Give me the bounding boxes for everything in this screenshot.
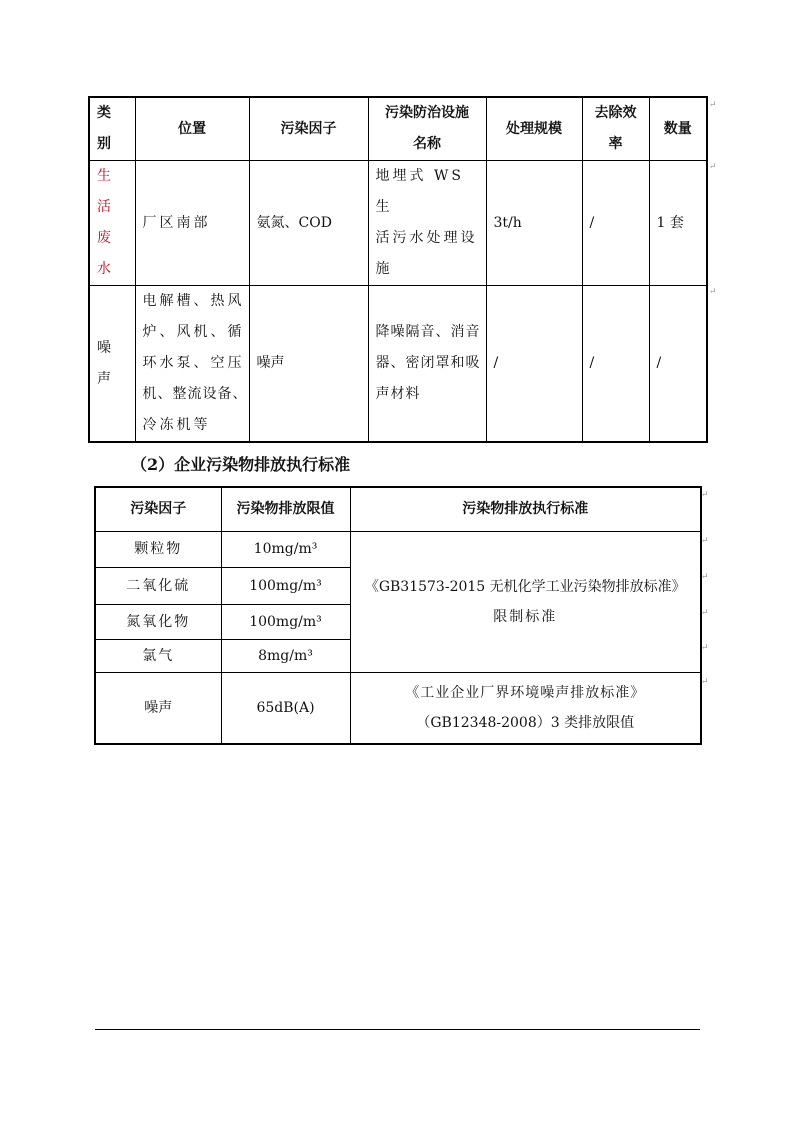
standard-line: 《工业企业厂界环境噪声排放标准》	[351, 678, 701, 708]
location-cell: 厂区南部	[135, 161, 249, 286]
category-char: 声	[97, 364, 135, 395]
standard-noise-cell: 《工业企业厂界环境噪声排放标准》 （GB12348-2008）3 类排放限值	[350, 672, 701, 744]
pollution-control-table: 类 别 位置 污染因子 污染防治设施 名称 处理规模 去除效 率 数量 生 活 …	[88, 96, 708, 443]
paragraph-mark-icon: ↵	[709, 287, 717, 297]
factor-cell: 氯气	[95, 639, 221, 672]
table-row: 噪声 65dB(A) 《工业企业厂界环境噪声排放标准》 （GB12348-200…	[95, 672, 701, 744]
paragraph-mark-icon: ↵	[701, 677, 709, 687]
paragraph-mark-icon: ↵	[701, 608, 709, 618]
facility-cell: 降噪隔音、消音 器、密闭罩和吸 声材料	[368, 286, 486, 443]
header-text: 名称	[369, 129, 486, 160]
header-text: 类	[97, 98, 135, 129]
factor-cell: 颗粒物	[95, 531, 221, 567]
header-factor: 污染因子	[249, 97, 368, 161]
table-row: 生 活 废 水 厂区南部 氨氮、COD 地埋式 WS 生 活污水处理设 施 3t…	[89, 161, 707, 286]
standard-line: （GB12348-2008）3 类排放限值	[351, 708, 701, 738]
facility-line: 声材料	[376, 379, 486, 410]
category-char: 废	[97, 223, 135, 254]
emission-standard-table: 污染因子 污染物排放限值 污染物排放执行标准 颗粒物 10mg/m³ 《GB31…	[94, 486, 702, 745]
limit-cell: 100mg/m³	[221, 604, 350, 639]
facility-line: 地埋式 WS 生	[376, 161, 486, 223]
facility-line: 活污水处理设	[376, 223, 486, 254]
document-page: 类 别 位置 污染因子 污染防治设施 名称 处理规模 去除效 率 数量 生 活 …	[0, 0, 793, 1122]
standard-line: 《GB31573-2015 无机化学工业污染物排放标准》	[351, 572, 701, 602]
location-line: 环水泵、空压	[143, 348, 249, 379]
header-text: 率	[583, 129, 649, 160]
header-quantity: 数量	[649, 97, 707, 161]
header-factor: 污染因子	[95, 487, 221, 531]
quantity-cell: /	[649, 286, 707, 443]
limit-cell: 65dB(A)	[221, 672, 350, 744]
standard-air-cell: 《GB31573-2015 无机化学工业污染物排放标准》 限制标准	[350, 531, 701, 672]
footer-rule	[95, 1029, 700, 1030]
location-cell: 电解槽、热风 炉、风机、循 环水泵、空压 机、整流设备、 冷冻机等	[135, 286, 249, 443]
limit-cell: 8mg/m³	[221, 639, 350, 672]
location-line: 冷冻机等	[143, 410, 249, 441]
paragraph-mark-icon: ↵	[701, 643, 709, 653]
limit-cell: 10mg/m³	[221, 531, 350, 567]
factor-cell: 噪声	[95, 672, 221, 744]
factor-cell: 二氧化硫	[95, 567, 221, 604]
header-standard: 污染物排放执行标准	[350, 487, 701, 531]
table-row: 噪 声 电解槽、热风 炉、风机、循 环水泵、空压 机、整流设备、 冷冻机等 噪声…	[89, 286, 707, 443]
paragraph-mark-icon: ↵	[701, 572, 709, 582]
efficiency-cell: /	[582, 161, 649, 286]
table-row: 颗粒物 10mg/m³ 《GB31573-2015 无机化学工业污染物排放标准》…	[95, 531, 701, 567]
category-char: 噪	[97, 333, 135, 364]
location-line: 炉、风机、循	[143, 317, 249, 348]
header-limit: 污染物排放限值	[221, 487, 350, 531]
section-heading: （2）企业污染物排放执行标准	[131, 452, 350, 475]
category-char: 生	[97, 161, 135, 192]
header-category: 类 别	[89, 97, 135, 161]
table-header-row: 污染因子 污染物排放限值 污染物排放执行标准	[95, 487, 701, 531]
limit-cell: 100mg/m³	[221, 567, 350, 604]
header-text: 别	[97, 129, 135, 160]
factor-cell: 氨氮、COD	[249, 161, 368, 286]
standard-line: 限制标准	[351, 602, 701, 632]
category-cell: 噪 声	[89, 286, 135, 443]
paragraph-mark-icon: ↵	[709, 162, 717, 172]
category-char: 水	[97, 254, 135, 285]
header-text: 去除效	[583, 98, 649, 129]
location-line: 机、整流设备、	[143, 379, 249, 410]
header-location: 位置	[135, 97, 249, 161]
facility-line: 器、密闭罩和吸	[376, 348, 486, 379]
header-efficiency: 去除效 率	[582, 97, 649, 161]
efficiency-cell: /	[582, 286, 649, 443]
facility-line: 降噪隔音、消音	[376, 317, 486, 348]
scale-cell: 3t/h	[486, 161, 582, 286]
facility-cell: 地埋式 WS 生 活污水处理设 施	[368, 161, 486, 286]
category-char: 活	[97, 192, 135, 223]
header-text: 污染防治设施	[369, 98, 486, 129]
category-cell: 生 活 废 水	[89, 161, 135, 286]
quantity-cell: 1 套	[649, 161, 707, 286]
paragraph-mark-icon: ↵	[701, 536, 709, 546]
scale-cell: /	[486, 286, 582, 443]
factor-cell: 噪声	[249, 286, 368, 443]
paragraph-mark-icon: ↵	[701, 490, 709, 500]
table-header-row: 类 别 位置 污染因子 污染防治设施 名称 处理规模 去除效 率 数量	[89, 97, 707, 161]
factor-cell: 氮氧化物	[95, 604, 221, 639]
header-scale: 处理规模	[486, 97, 582, 161]
header-facility: 污染防治设施 名称	[368, 97, 486, 161]
facility-line: 施	[376, 254, 486, 285]
location-line: 电解槽、热风	[143, 286, 249, 317]
paragraph-mark-icon: ↵	[709, 100, 717, 110]
